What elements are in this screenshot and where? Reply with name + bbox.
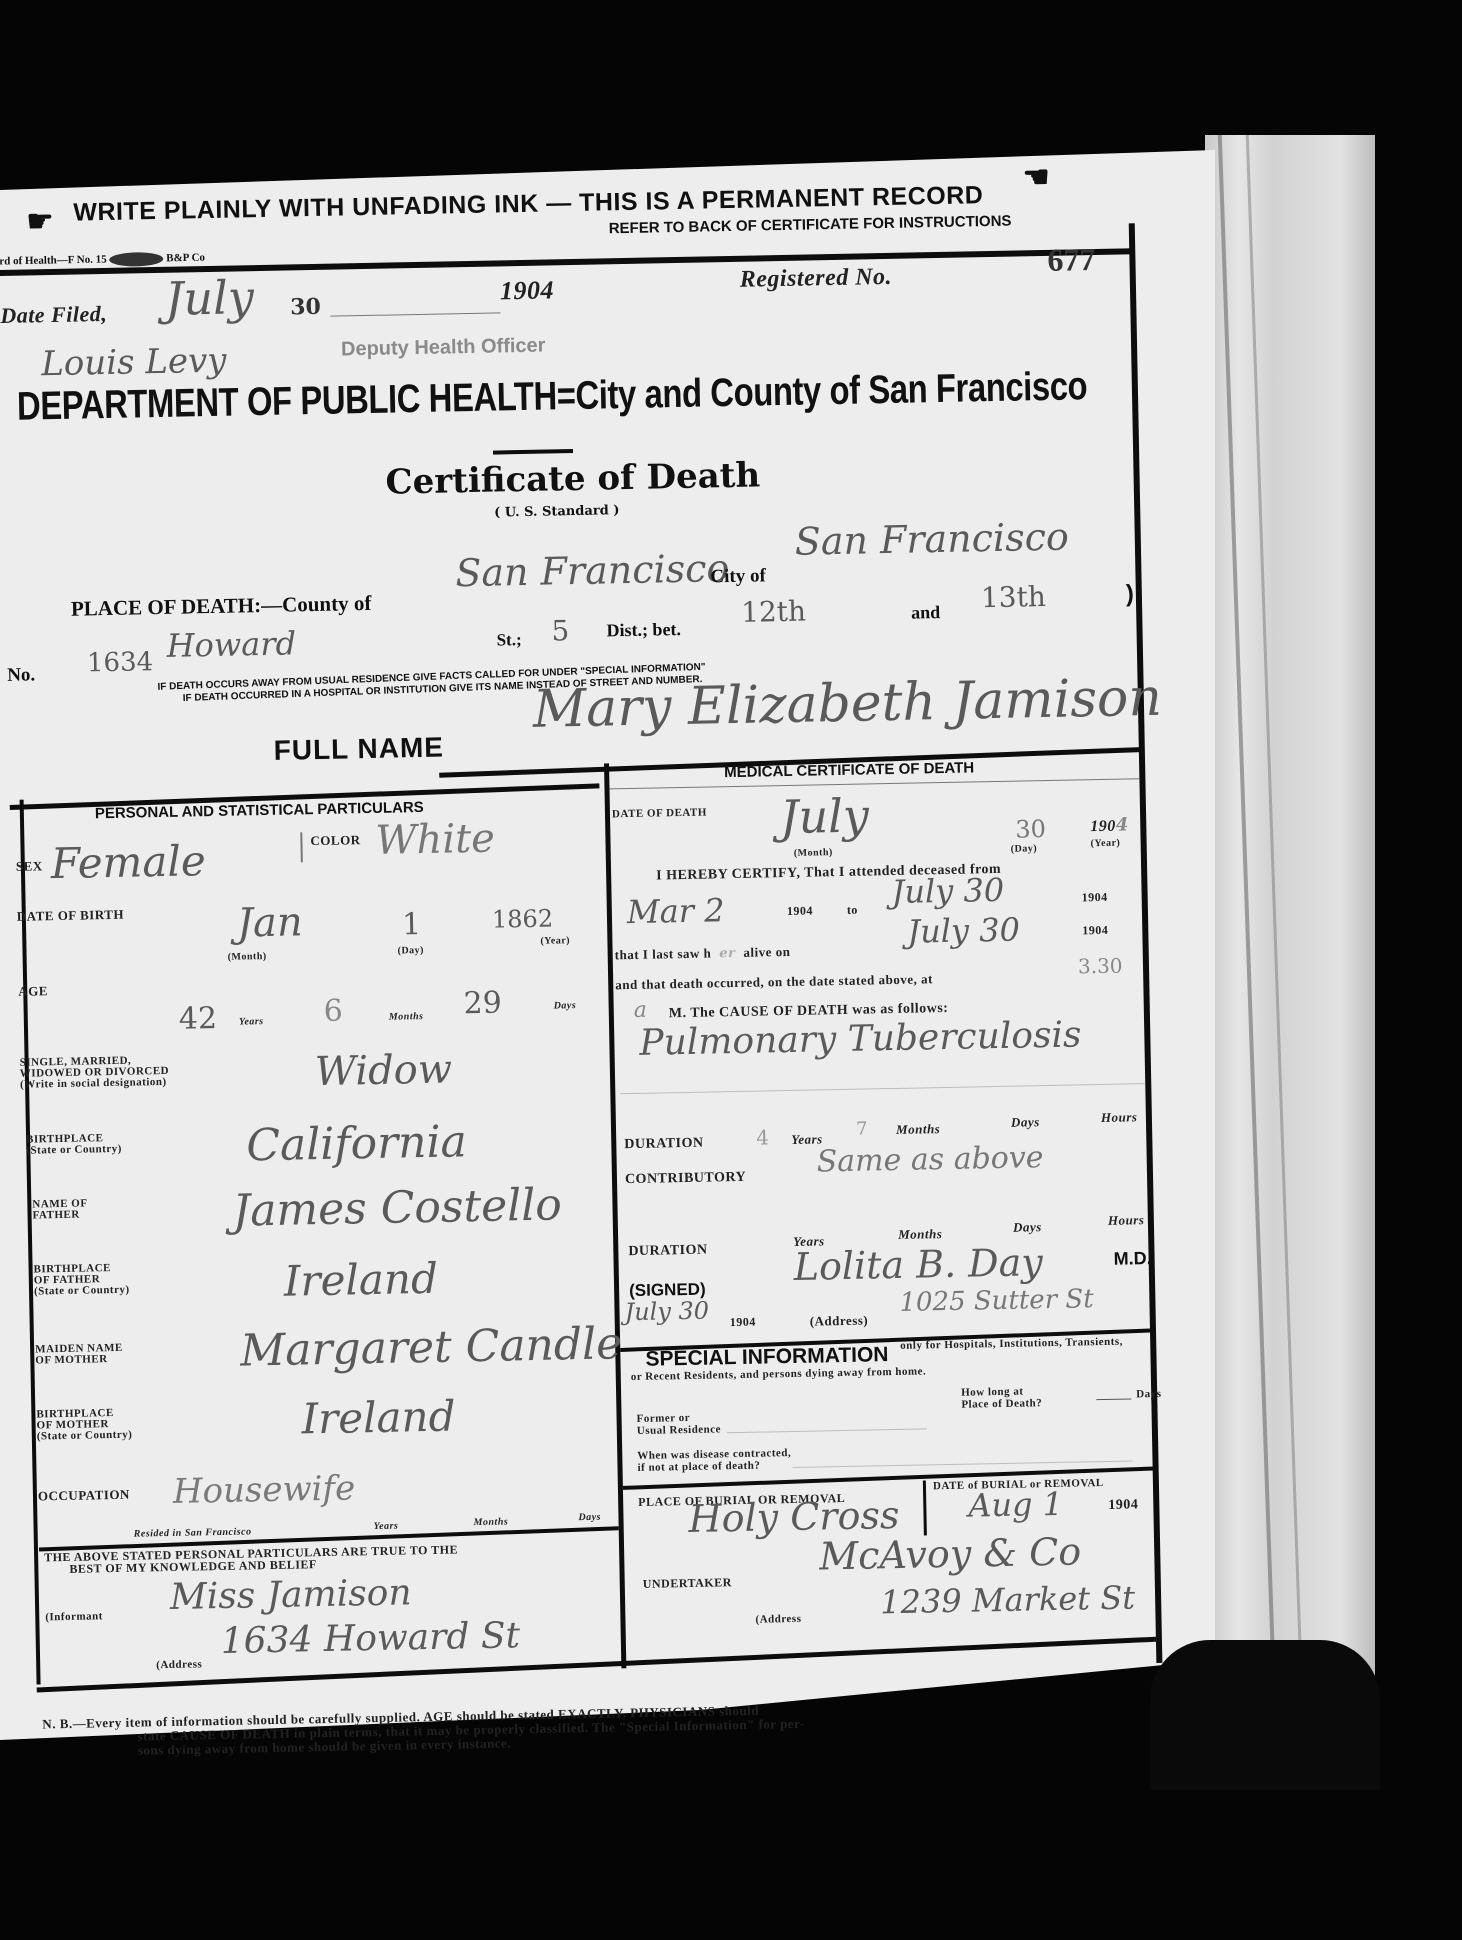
age-years: 42	[179, 1001, 218, 1037]
between-street-1: 12th	[741, 595, 807, 629]
dod-label: DATE OF DEATH	[612, 807, 707, 822]
thumb-shadow	[1150, 1640, 1380, 1790]
duration-years: 4	[756, 1125, 769, 1149]
time-of-death: 3.30	[1078, 954, 1123, 979]
age-days-caption: Days	[554, 999, 577, 1012]
contributory-label: CONTRIBUTORY	[625, 1171, 746, 1186]
between-street-2: 13th	[981, 580, 1047, 614]
attended-to: July 30	[891, 871, 1004, 911]
marital-value: Widow	[314, 1046, 452, 1095]
street-label: St.;	[496, 630, 521, 650]
to-year: 1904	[1082, 891, 1108, 904]
informant-address-label: (Address	[156, 1658, 202, 1672]
color-label: COLOR	[310, 833, 360, 847]
contributory-value: Same as above	[816, 1140, 1043, 1179]
father-value: James Costello	[232, 1179, 562, 1236]
mother-value: Margaret Candle	[240, 1318, 623, 1376]
dod-year-suffix: 4	[1116, 814, 1129, 835]
burial-column-divider	[923, 1480, 927, 1535]
duration2-days-caption: Days	[1013, 1220, 1042, 1234]
duration2-label: DURATION	[628, 1244, 707, 1259]
form-number: rd of Health—F No. 15	[0, 253, 107, 267]
age-months-caption: Months	[389, 1010, 424, 1024]
mother-bp-label-3: (State or Country)	[37, 1430, 133, 1443]
burial-year: 1904	[1108, 1498, 1138, 1512]
to-label: to	[847, 904, 858, 917]
physician-address-label: (Address)	[810, 1314, 869, 1328]
medical-heading: MEDICAL CERTIFICATE OF DEATH	[724, 759, 974, 781]
former-residence-field[interactable]	[727, 1428, 927, 1433]
city-value: San Francisco	[794, 515, 1069, 564]
birthplace-value: California	[246, 1116, 467, 1171]
certificate-title: Certificate of Death	[385, 455, 760, 502]
from-year: 1904	[787, 905, 813, 918]
color-divider	[300, 832, 303, 862]
father-bp-value: Ireland	[283, 1254, 438, 1306]
how-long-field[interactable]	[1096, 1398, 1131, 1400]
street-number-label: No.	[7, 664, 35, 687]
duration-label: DURATION	[624, 1137, 703, 1152]
dob-month-caption: (Month)	[228, 950, 267, 964]
occupation-value: Housewife	[173, 1468, 356, 1511]
age-years-caption: Years	[239, 1015, 264, 1028]
cause-of-death: Pulmonary Tuberculosis	[639, 1014, 1082, 1063]
date-filed-day: 30	[290, 294, 321, 321]
dod-day-caption: (Day)	[1011, 842, 1038, 856]
form-right-border	[1129, 223, 1163, 1663]
father-label-2: FATHER	[32, 1210, 79, 1222]
how-long-days-label: Days	[1136, 1388, 1161, 1401]
sex-value: Female	[50, 836, 206, 888]
contracted-field[interactable]	[793, 1460, 1133, 1468]
last-saw-prefix: that I last saw h	[615, 945, 712, 962]
sex-label: SEX	[16, 859, 43, 873]
dob-day-caption: (Day)	[397, 944, 424, 958]
burial-date: Aug 1	[968, 1485, 1063, 1525]
dob-year-caption: (Year)	[540, 934, 570, 948]
informant-label: (Informant	[45, 1610, 103, 1624]
mother-label-2: OF MOTHER	[35, 1354, 107, 1366]
title-divider	[493, 449, 573, 455]
last-saw-date: July 30	[907, 911, 1020, 951]
age-label: AGE	[18, 984, 48, 998]
dod-year-prefix: 1904	[1090, 818, 1129, 833]
occupation-label: OCCUPATION	[38, 1488, 130, 1503]
dod-month: July	[780, 788, 870, 844]
street-name: Howard	[166, 624, 296, 664]
last-saw-text: that I last saw heralive on	[615, 945, 791, 962]
physician-signature: Lolita B. Day	[793, 1240, 1043, 1289]
date-filed-line	[330, 312, 500, 316]
district-label: Dist.; bet.	[606, 619, 681, 641]
last-saw-pronoun: er	[719, 946, 735, 961]
pointing-hand-icon: ☛	[26, 204, 54, 240]
full-name-label: FULL NAME	[273, 732, 444, 767]
dob-day: 1	[402, 907, 422, 942]
district-value: 5	[551, 614, 569, 647]
undertaker: McAvoy & Co	[819, 1529, 1082, 1578]
undertaker-address: 1239 Market St	[880, 1578, 1136, 1621]
resided-label: Resided in San Francisco	[134, 1525, 252, 1540]
marital-label-3: (Write in social designation)	[20, 1077, 167, 1091]
officer-title: Deputy Health Officer	[341, 335, 546, 362]
dob-label: DATE OF BIRTH	[17, 908, 124, 923]
date-filed-year: 1904	[500, 277, 554, 304]
duration2-hours-caption: Hours	[1108, 1213, 1145, 1227]
date-filed-label: Date Filed,	[0, 303, 107, 327]
and-label: and	[911, 602, 940, 624]
date-filed-month: July	[164, 270, 254, 326]
informant-address: 1634 Howard St	[220, 1615, 520, 1662]
signed-year: 1904	[730, 1316, 756, 1329]
full-name-value: Mary Elizabeth Jamison	[532, 668, 1162, 740]
signed-date: July 30	[624, 1297, 709, 1327]
dob-month: Jan	[237, 899, 304, 946]
medical-heading-rule	[609, 778, 1139, 789]
dod-day: 30	[1015, 815, 1046, 844]
duration2-months-caption: Months	[898, 1227, 942, 1241]
resided-months: Months	[473, 1515, 508, 1529]
alive-on: alive on	[743, 944, 790, 960]
dob-year: 1862	[492, 904, 554, 933]
dod-year-caption: (Year)	[1091, 837, 1121, 851]
age-days: 29	[463, 985, 502, 1021]
md-label: M.D.	[1113, 1248, 1151, 1270]
mother-bp-value: Ireland	[301, 1391, 456, 1443]
contracted-label-2: if not at place of death?	[637, 1460, 760, 1475]
meridiem: a	[634, 998, 648, 1023]
birthplace-label-2: (State or Country)	[26, 1144, 122, 1157]
attended-from: Mar 2	[627, 891, 725, 931]
duration-hours-caption: Hours	[1101, 1110, 1138, 1124]
place-of-death-label: PLACE OF DEATH:—County of	[71, 591, 372, 622]
age-months: 6	[323, 994, 343, 1029]
standard-subtitle: ( U. S. Standard )	[494, 503, 620, 520]
pointing-hand-icon: ☛	[1023, 160, 1051, 196]
officer-signature: Louis Levy	[41, 341, 227, 385]
how-long-label-2: Place of Death?	[961, 1397, 1042, 1412]
dod-month-caption: (Month)	[794, 846, 833, 860]
cause-line	[620, 1083, 1145, 1094]
registered-number: 677	[1047, 241, 1096, 279]
registered-label: Registered No.	[740, 265, 893, 292]
duration-days-caption: Days	[1011, 1115, 1040, 1129]
dod-year-prefix-text: 190	[1090, 818, 1116, 835]
column-divider	[604, 763, 626, 1668]
printer-name: B&P Co	[166, 252, 205, 265]
color-value: White	[375, 816, 495, 864]
informant-value: Miss Jamison	[170, 1572, 412, 1618]
physician-address: 1025 Sutter St	[899, 1284, 1094, 1318]
undertaker-label: UNDERTAKER	[643, 1576, 732, 1591]
printer-seal-icon	[109, 252, 163, 267]
note-paren-open: )	[1126, 580, 1135, 608]
occurred-text: and that death occurred, on the date sta…	[615, 972, 933, 991]
refer-instructions: REFER TO BACK OF CERTIFICATE FOR INSTRUC…	[609, 213, 1012, 238]
duration-months-caption: Months	[896, 1122, 940, 1136]
former-residence-label-2: Usual Residence	[637, 1423, 721, 1438]
informant-statement-2: BEST OF MY KNOWLEDGE AND BELIEF	[69, 1558, 317, 1576]
resided-years: Years	[373, 1520, 398, 1533]
form-bottom-border	[37, 1637, 1161, 1693]
undertaker-address-label: (Address	[755, 1613, 801, 1627]
resided-days: Days	[578, 1511, 601, 1524]
duration-months: 7	[856, 1119, 868, 1140]
father-bp-label-3: (State or Country)	[34, 1285, 130, 1298]
last-saw-year: 1904	[1082, 924, 1108, 937]
county-value: San Francisco	[455, 546, 730, 595]
city-label: City of	[710, 565, 766, 588]
street-number: 1634	[87, 647, 154, 678]
